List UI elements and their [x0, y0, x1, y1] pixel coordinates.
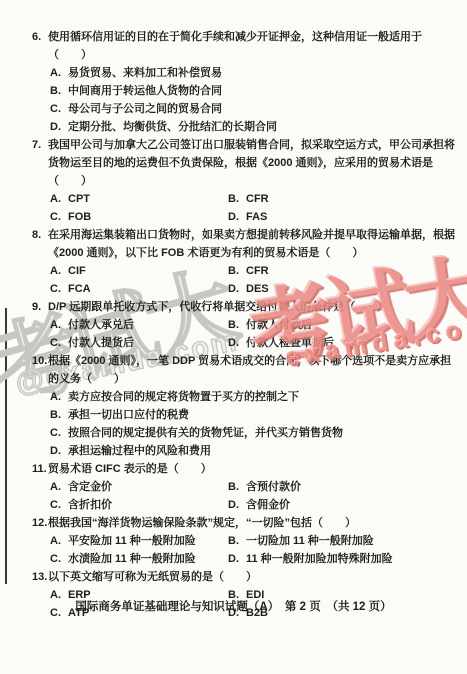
- option-label: A.: [50, 190, 68, 208]
- question-10: 10.根据《2000 通则》，一笔 DDP 贸易术语成交的合同，以下哪个选项不是…: [32, 352, 457, 460]
- question-stem: 6.使用循环信用证的目的在于简化手续和减少开证押金，这种信用证一般适用于（ ）: [32, 28, 457, 64]
- option-text: CIF: [68, 265, 86, 277]
- question-text: 贸易术语 CIFC 表示的是（ ）: [48, 463, 212, 475]
- question-12: 12.根据我国“海洋货物运输保险条款”规定，“一切险”包括（ ） A.平安险加 …: [32, 514, 457, 568]
- option-c: C.母公司与子公司之间的贸易合同: [32, 100, 457, 118]
- option-label: D.: [50, 118, 68, 136]
- option-text: 含佣金价: [246, 499, 290, 511]
- option-text: CFR: [246, 265, 269, 277]
- option-label: C.: [50, 280, 68, 298]
- option-text: 一切险加 11 种一般附加险: [246, 535, 374, 547]
- option-b: B.一切险加 11 种一般附加险: [228, 532, 457, 550]
- option-row: C.含折扣价 D.含佣金价: [32, 496, 457, 514]
- question-number: 9.: [32, 298, 48, 316]
- option-label: D.: [228, 496, 246, 514]
- question-9: 9.D/P 远期跟单托收方式下，代收行将单据交给付款人的条件是（ ） A.付款人…: [32, 298, 457, 352]
- option-text: 易货贸易、来料加工和补偿贸易: [68, 67, 222, 79]
- option-row: C.FOB D.FAS: [32, 208, 457, 226]
- option-text: 定期分批、均衡供货、分批结汇的长期合同: [68, 121, 277, 133]
- option-label: C.: [50, 496, 68, 514]
- question-number: 12.: [32, 514, 48, 532]
- option-d: D.11 种一般附加险加特殊附加险: [228, 550, 457, 568]
- option-label: A.: [50, 388, 68, 406]
- option-text: 按照合同的规定提供有关的货物凭证，并代买方销售货物: [68, 427, 343, 439]
- option-b: B.CFR: [228, 190, 457, 208]
- question-stem: 7.我国甲公司与加拿大乙公司签订出口服装销售合同，拟采取空运方式，甲公司承担将货…: [32, 136, 457, 190]
- option-text: FAS: [246, 211, 267, 223]
- page-footer: 国际商务单证基础理论与知识试题（A） 第 2 页 （共 12 页）: [0, 598, 467, 616]
- question-text: D/P 远期跟单托收方式下，代收行将单据交给付款人的条件是（ ）: [48, 301, 388, 313]
- option-label: C.: [50, 424, 68, 442]
- option-row: A.平安险加 11 种一般附加险 B.一切险加 11 种一般附加险: [32, 532, 457, 550]
- option-label: B.: [228, 532, 246, 550]
- option-text: 含折扣价: [68, 499, 112, 511]
- option-b: B.中间商用于转运他人货物的合同: [32, 82, 457, 100]
- question-number: 13.: [32, 568, 48, 586]
- option-text: 水渍险加 11 种一般附加险: [68, 553, 196, 565]
- option-row: A.含定金价 B.含预付款价: [32, 478, 457, 496]
- option-d: D.定期分批、均衡供货、分批结汇的长期合同: [32, 118, 457, 136]
- option-b: B.付款人付款后: [228, 316, 457, 334]
- option-d: D.承担运输过程中的风险和费用: [32, 442, 457, 460]
- option-c: C.按照合同的规定提供有关的货物凭证，并代买方销售货物: [32, 424, 457, 442]
- question-6: 6.使用循环信用证的目的在于简化手续和减少开证押金，这种信用证一般适用于（ ） …: [32, 28, 457, 136]
- question-stem: 13.以下英文缩写可称为无纸贸易的是（ ）: [32, 568, 457, 586]
- option-label: D.: [50, 442, 68, 460]
- option-a: A.平安险加 11 种一般附加险: [50, 532, 228, 550]
- option-text: 卖方应按合同的规定将货物置于买方的控制之下: [68, 391, 299, 403]
- option-a: A.CPT: [50, 190, 228, 208]
- option-label: B.: [228, 316, 246, 334]
- option-row: C.水渍险加 11 种一般附加险 D.11 种一般附加险加特殊附加险: [32, 550, 457, 568]
- option-text: DES: [246, 283, 269, 295]
- option-b: B.承担一切出口应付的税费: [32, 406, 457, 424]
- question-stem: 9.D/P 远期跟单托收方式下，代收行将单据交给付款人的条件是（ ）: [32, 298, 457, 316]
- option-b: B.CFR: [228, 262, 457, 280]
- option-label: B.: [228, 262, 246, 280]
- exam-page: 考试大 @examda.com 6.使用循环信用证的目的在于简化手续和减少开证押…: [0, 0, 467, 674]
- option-a: A.付款人承兑后: [50, 316, 228, 334]
- option-row: C.FCA D.DES: [32, 280, 457, 298]
- question-text: 根据《2000 通则》，一笔 DDP 贸易术语成交的合同，以下哪个选项不是卖方应…: [48, 355, 451, 385]
- question-stem: 8.在采用海运集装箱出口货物时，如果卖方想提前转移风险并提早取得运输单据，根据《…: [32, 226, 457, 262]
- option-label: A.: [50, 262, 68, 280]
- option-row: C.付款人提货后 D.付款人检查单据后: [32, 334, 457, 352]
- option-text: 含预付款价: [246, 481, 301, 493]
- option-text: 11 种一般附加险加特殊附加险: [246, 553, 393, 565]
- option-label: A.: [50, 64, 68, 82]
- option-c: C.FOB: [50, 208, 228, 226]
- option-a: A.含定金价: [50, 478, 228, 496]
- question-stem: 10.根据《2000 通则》，一笔 DDP 贸易术语成交的合同，以下哪个选项不是…: [32, 352, 457, 388]
- option-text: FOB: [68, 211, 91, 223]
- option-a: A.卖方应按合同的规定将货物置于买方的控制之下: [32, 388, 457, 406]
- option-label: B.: [228, 478, 246, 496]
- option-d: D.付款人检查单据后: [228, 334, 457, 352]
- option-row: A.CPT B.CFR: [32, 190, 457, 208]
- option-label: C.: [50, 550, 68, 568]
- option-c: C.付款人提货后: [50, 334, 228, 352]
- option-text: 母公司与子公司之间的贸易合同: [68, 103, 222, 115]
- question-stem: 12.根据我国“海洋货物运输保险条款”规定，“一切险”包括（ ）: [32, 514, 457, 532]
- question-text: 在采用海运集装箱出口货物时，如果卖方想提前转移风险并提早取得运输单据，根据《20…: [48, 229, 455, 259]
- question-text: 使用循环信用证的目的在于简化手续和减少开证押金，这种信用证一般适用于（ ）: [48, 31, 422, 61]
- question-number: 11.: [32, 460, 48, 478]
- question-list: 6.使用循环信用证的目的在于简化手续和减少开证押金，这种信用证一般适用于（ ） …: [0, 28, 467, 622]
- option-b: B.含预付款价: [228, 478, 457, 496]
- question-text: 根据我国“海洋货物运输保险条款”规定，“一切险”包括（ ）: [48, 517, 356, 529]
- option-label: D.: [228, 550, 246, 568]
- option-label: B.: [50, 406, 68, 424]
- option-label: C.: [50, 100, 68, 118]
- option-text: 平安险加 11 种一般附加险: [68, 535, 196, 547]
- question-8: 8.在采用海运集装箱出口货物时，如果卖方想提前转移风险并提早取得运输单据，根据《…: [32, 226, 457, 298]
- option-a: A.易货贸易、来料加工和补偿贸易: [32, 64, 457, 82]
- option-text: 付款人承兑后: [68, 319, 134, 331]
- question-text: 以下英文缩写可称为无纸贸易的是（ ）: [48, 571, 257, 583]
- option-label: B.: [50, 82, 68, 100]
- option-text: 承担一切出口应付的税费: [68, 409, 189, 421]
- question-number: 6.: [32, 28, 48, 46]
- option-text: 付款人提货后: [68, 337, 134, 349]
- option-label: C.: [50, 208, 68, 226]
- option-d: D.含佣金价: [228, 496, 457, 514]
- option-label: C.: [50, 334, 68, 352]
- option-d: D.FAS: [228, 208, 457, 226]
- option-label: B.: [228, 190, 246, 208]
- option-c: C.水渍险加 11 种一般附加险: [50, 550, 228, 568]
- option-text: CFR: [246, 193, 269, 205]
- option-text: CPT: [68, 193, 90, 205]
- option-label: D.: [228, 334, 246, 352]
- option-text: FCA: [68, 283, 91, 295]
- option-label: A.: [50, 478, 68, 496]
- option-text: 付款人检查单据后: [246, 337, 334, 349]
- question-11: 11.贸易术语 CIFC 表示的是（ ） A.含定金价 B.含预付款价 C.含折…: [32, 460, 457, 514]
- option-text: 付款人付款后: [246, 319, 312, 331]
- option-label: A.: [50, 532, 68, 550]
- option-row: A.付款人承兑后 B.付款人付款后: [32, 316, 457, 334]
- option-label: D.: [228, 280, 246, 298]
- option-text: 承担运输过程中的风险和费用: [68, 445, 211, 457]
- question-number: 7.: [32, 136, 48, 154]
- option-label: A.: [50, 316, 68, 334]
- option-a: A.CIF: [50, 262, 228, 280]
- option-label: D.: [228, 208, 246, 226]
- question-number: 10.: [32, 352, 48, 370]
- option-c: C.含折扣价: [50, 496, 228, 514]
- option-row: A.CIF B.CFR: [32, 262, 457, 280]
- option-c: C.FCA: [50, 280, 228, 298]
- option-text: 含定金价: [68, 481, 112, 493]
- question-number: 8.: [32, 226, 48, 244]
- question-stem: 11.贸易术语 CIFC 表示的是（ ）: [32, 460, 457, 478]
- option-text: 中间商用于转运他人货物的合同: [68, 85, 222, 97]
- option-d: D.DES: [228, 280, 457, 298]
- question-text: 我国甲公司与加拿大乙公司签订出口服装销售合同，拟采取空运方式，甲公司承担将货物运…: [48, 139, 455, 187]
- question-7: 7.我国甲公司与加拿大乙公司签订出口服装销售合同，拟采取空运方式，甲公司承担将货…: [32, 136, 457, 226]
